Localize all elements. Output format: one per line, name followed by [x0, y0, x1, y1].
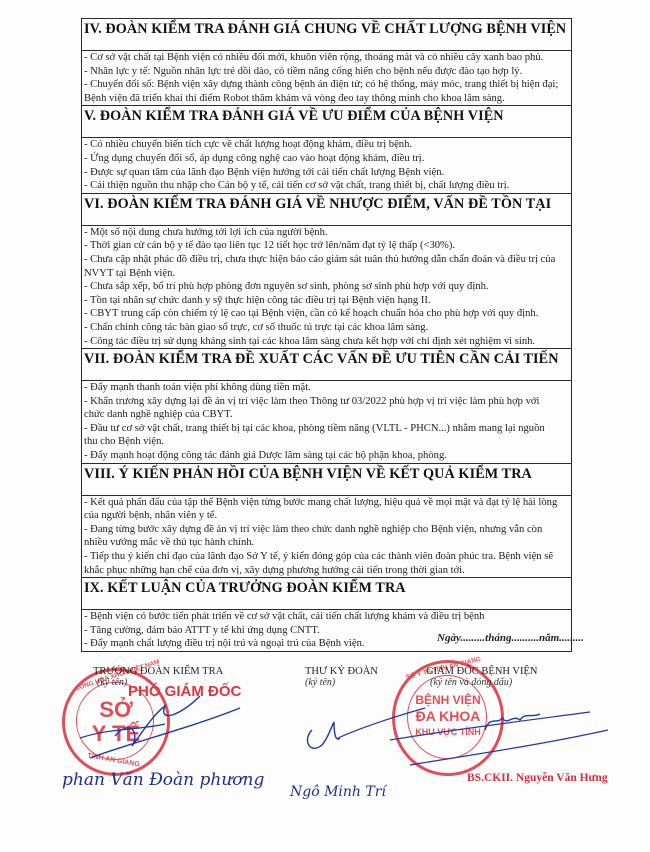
director-sign-note: (ký tên và đóng dấu)	[426, 677, 538, 688]
evaluation-table: IV. ĐOÀN KIỂM TRA ĐÁNH GIÁ CHUNG VỀ CHẤT…	[81, 18, 572, 652]
section-line: - Nhân lực y tế: Nguồn nhân lực trẻ dồi …	[84, 65, 569, 79]
section-title: VII. ĐOÀN KIỂM TRA ĐỀ XUẤT CÁC VẤN ĐỀ ƯU…	[84, 349, 569, 368]
section-line: - Chấn chỉnh công tác bàn giao sổ trực, …	[84, 321, 569, 335]
section-body-row: - Có nhiều chuyển biến tích cực về chất …	[82, 138, 572, 193]
section-line: của người bệnh, nhân viên y tế.	[84, 509, 569, 523]
head-of-team-title: TRƯỞNG ĐOÀN KIỂM TRA	[93, 666, 223, 677]
section-line: - Chuyển đổi số: Bệnh viện xây dựng thàn…	[84, 78, 569, 92]
section-line: - Tiếp thu ý kiến chỉ đạo của lãnh đạo S…	[84, 550, 569, 564]
secretary-signature-block: THƯ KÝ ĐOÀN (ký tên)	[305, 666, 378, 688]
section-title: VI. ĐOÀN KIỂM TRA ĐÁNH GIÁ VỀ NHƯỢC ĐIỂM…	[84, 194, 569, 213]
section-body-cell: - Một số nội dung chưa hướng tới lợi ích…	[82, 225, 572, 348]
section-line: thu cho Bệnh viện.	[84, 435, 569, 449]
section-line: - Công tác điều trị sử dụng kháng sinh t…	[84, 335, 569, 349]
section-header-cell: VIII. Ý KIẾN PHẢN HỒI CỦA BỆNH VIỆN VỀ K…	[82, 463, 572, 495]
section-line: - Cơ sở vật chất tại Bệnh viện có nhiều …	[84, 51, 569, 65]
section-header-cell: V. ĐOÀN KIỂM TRA ĐÁNH GIÁ VỀ ƯU ĐIỂM CỦA…	[82, 106, 572, 138]
section-body-cell: - Kết quả phấn đấu của tập thể Bệnh viện…	[82, 495, 572, 578]
section-body-cell: - Cơ sở vật chất tại Bệnh viện có nhiều …	[82, 51, 572, 106]
section-line: - Chưa sắp xếp, bố trí phù hợp phòng đơn…	[84, 280, 569, 294]
section-header-cell: IV. ĐOÀN KIỂM TRA ĐÁNH GIÁ CHUNG VỀ CHẤT…	[82, 19, 572, 51]
section-title: V. ĐOÀN KIỂM TRA ĐÁNH GIÁ VỀ ƯU ĐIỂM CỦA…	[84, 106, 569, 125]
section-line: chức danh nghề nghiệp của CBYT.	[84, 408, 569, 422]
section-title: IV. ĐOÀN KIỂM TRA ĐÁNH GIÁ CHUNG VỀ CHẤT…	[84, 19, 569, 38]
section-line: NVYT tại Bệnh viện.	[84, 267, 569, 281]
section-line: - Đẩy mạnh thanh toán viện phí không dùn…	[84, 381, 569, 395]
section-header-cell: VII. ĐOÀN KIỂM TRA ĐỀ XUẤT CÁC VẤN ĐỀ ƯU…	[82, 349, 572, 381]
section-header-cell: VI. ĐOÀN KIỂM TRA ĐÁNH GIÁ VỀ NHƯỢC ĐIỂM…	[82, 193, 572, 225]
head-of-team-handwritten-name: phan Văn Đoàn phương	[62, 770, 264, 790]
director-printed-name: BS.CKII. Nguyễn Văn Hưng	[467, 772, 608, 784]
section-line: - Khẩn trương xây dựng lại đề án vị trí …	[84, 395, 569, 409]
section-line: - Tồn tại nhân sự chức danh y sỹ thực hi…	[84, 294, 569, 308]
section-body-row: - Bệnh viện có bước tiến phát triển về c…	[82, 610, 572, 652]
section-title: VIII. Ý KIẾN PHẢN HỒI CỦA BỆNH VIỆN VỀ K…	[84, 464, 569, 483]
section-line: - Có nhiều chuyển biến tích cực về chất …	[84, 138, 569, 152]
section-line: - Đang từng bước xây dựng đề án vị trí v…	[84, 523, 569, 537]
head-of-team-signature-block: TRƯỞNG ĐOÀN KIỂM TRA (ký tên)	[93, 666, 223, 688]
section-body-cell: - Có nhiều chuyển biến tích cực về chất …	[82, 138, 572, 193]
head-of-team-sign-note: (ký tên)	[93, 677, 223, 688]
section-header-row: V. ĐOÀN KIỂM TRA ĐÁNH GIÁ VỀ ƯU ĐIỂM CỦA…	[82, 106, 572, 138]
section-body-cell: - Bệnh viện có bước tiến phát triển về c…	[82, 610, 572, 652]
director-signature	[390, 700, 610, 770]
director-signature-block: GIÁM ĐỐC BỆNH VIỆN (ký tên và đóng dấu)	[426, 666, 538, 688]
section-line: - Cải thiện nguồn thu nhập cho Cán bộ y …	[84, 179, 569, 193]
section-body-row: - Kết quả phấn đấu của tập thể Bệnh viện…	[82, 495, 572, 578]
section-line: - Đẩy mạnh hoạt động công tác đánh giá D…	[84, 449, 569, 463]
section-header-row: IX. KẾT LUẬN CỦA TRƯỞNG ĐOÀN KIỂM TRA	[82, 578, 572, 610]
document-page: IV. ĐOÀN KIỂM TRA ĐÁNH GIÁ CHUNG VỀ CHẤT…	[0, 0, 650, 852]
section-line: - Kết quả phấn đấu của tập thể Bệnh viện…	[84, 496, 569, 510]
section-line: - Đầu tư cơ sở vật chất, trang thiết bị …	[84, 422, 569, 436]
section-header-row: VII. ĐOÀN KIỂM TRA ĐỀ XUẤT CÁC VẤN ĐỀ ƯU…	[82, 349, 572, 381]
secretary-title: THƯ KÝ ĐOÀN	[305, 666, 378, 677]
section-line: - Chưa cập nhật phác đồ điều trị, chưa t…	[84, 253, 569, 267]
section-line: - Được sự quan tâm của lãnh đạo Bệnh việ…	[84, 166, 569, 180]
section-line: - Một số nội dung chưa hướng tới lợi ích…	[84, 226, 569, 240]
section-line: - Thời gian cử cán bộ y tế đào tạo liên …	[84, 239, 569, 253]
section-body-row: - Đẩy mạnh thanh toán viện phí không dùn…	[82, 381, 572, 464]
section-line: - Ứng dụng chuyển đổi số, áp dụng công n…	[84, 152, 569, 166]
section-header-row: VIII. Ý KIẾN PHẢN HỒI CỦA BỆNH VIỆN VỀ K…	[82, 463, 572, 495]
section-header-row: VI. ĐOÀN KIỂM TRA ĐÁNH GIÁ VỀ NHƯỢC ĐIỂM…	[82, 193, 572, 225]
section-line: Bệnh viện đã triển khai thí điểm Robot t…	[84, 92, 569, 106]
section-body-row: - Cơ sở vật chất tại Bệnh viện có nhiều …	[82, 51, 572, 106]
secretary-sign-note: (ký tên)	[305, 677, 378, 688]
section-header-row: IV. ĐOÀN KIỂM TRA ĐÁNH GIÁ CHUNG VỀ CHẤT…	[82, 19, 572, 51]
section-body-cell: - Đẩy mạnh thanh toán viện phí không dùn…	[82, 381, 572, 464]
director-title: GIÁM ĐỐC BỆNH VIỆN	[426, 666, 538, 677]
date-line: Ngày.........tháng..........năm.........	[437, 632, 584, 644]
section-body-row: - Một số nội dung chưa hướng tới lợi ích…	[82, 225, 572, 348]
section-line: - CBYT trung cấp còn chiếm tỷ lệ cao tại…	[84, 307, 569, 321]
section-title: IX. KẾT LUẬN CỦA TRƯỞNG ĐOÀN KIỂM TRA	[84, 578, 569, 597]
section-header-cell: IX. KẾT LUẬN CỦA TRƯỞNG ĐOÀN KIỂM TRA	[82, 578, 572, 610]
section-line: khắc phục những hạn chế của đơn vị, xây …	[84, 564, 569, 578]
section-line: - Bệnh viện có bước tiến phát triển về c…	[84, 610, 569, 624]
secretary-handwritten-name: Ngô Minh Trí	[290, 784, 386, 800]
section-line: nhiều vướng mắc về thủ tục hành chính.	[84, 536, 569, 550]
head-of-team-signature	[70, 688, 250, 768]
